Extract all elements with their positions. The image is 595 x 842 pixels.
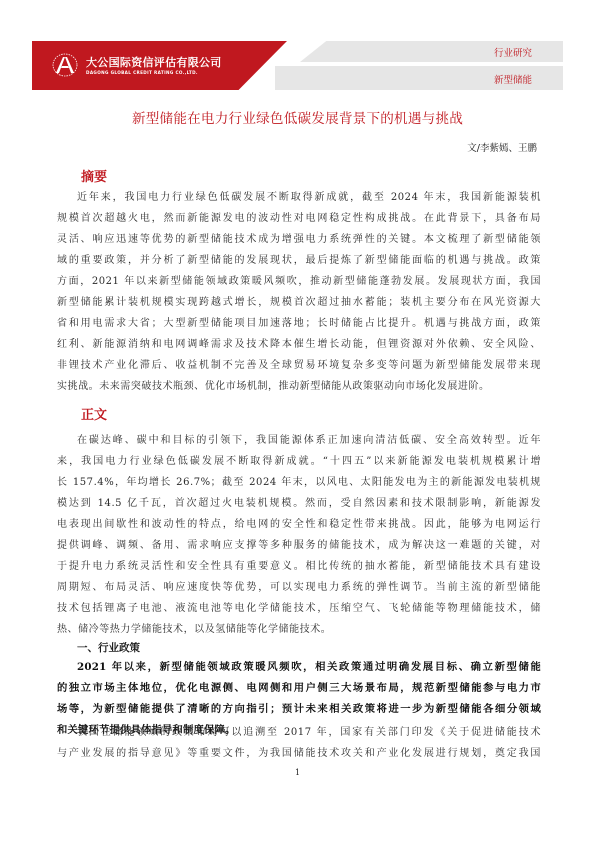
- text-line: 近年来，我国电力行业绿色低碳发展不断取得新成就，截至 2024 年末，我国新能源…: [57, 187, 541, 208]
- text-line: 热、储冷等热力学储能技术，以及氢储能等化学储能技术。: [57, 619, 541, 640]
- text-line: 灵活、响应迅速等优势的新型储能技术成为增强电力系统弹性的关键。本文梳理了新型储能…: [57, 229, 541, 250]
- text-line: 新型储能累计装机规模实现跨越式增长，规模首次超过抽水蓄能；装机主要分布在风光资源…: [57, 292, 541, 313]
- text-line: 的独立市场主体地位，优化电源侧、电网侧和用户侧三大场景布局，规范新型储能参与电力…: [57, 678, 541, 699]
- policy-paragraph: 我国在储能领域的政策布局可以追溯至 2017 年，国家有关部门印发《关于促进储能…: [57, 722, 541, 764]
- text-line: 与产业发展的指导意见》等重要文件，为我国储能技术攻关和产业化发展进行规划，奠定我…: [57, 743, 541, 764]
- text-line: 周期短、布局灵活、响应速度快等优势，可以实现电力系统的弹性调节。当前主流的新型储…: [57, 577, 541, 598]
- article-title: 新型储能在电力行业绿色低碳发展背景下的机遇与挑战: [0, 107, 595, 127]
- text-line: 2021 年以来，新型储能领域政策暖风频吹，相关政策通过明确发展目标、确立新型储…: [57, 657, 541, 678]
- text-line: 提供调峰、调频、备用、需求响应支撑等多种服务的储能技术，成为解决这一难题的关键，…: [57, 535, 541, 556]
- text-line: 我国在储能领域的政策布局可以追溯至 2017 年，国家有关部门印发《关于促进储能…: [57, 722, 541, 743]
- body-heading: 正文: [81, 404, 107, 423]
- body-intro-paragraph: 在碳达峰、碳中和目标的引领下，我国能源体系正加速向清洁低碳、安全高效转型。近年 …: [57, 430, 541, 640]
- company-name-cn: 大公国际资信评估有限公司: [86, 54, 222, 70]
- text-line: 红利、新能源消纳和电网调峰需求及技术降本催生增长动能，但锂资源对外依赖、安全风险…: [57, 334, 541, 355]
- text-line: 域的重要政策，并分析了新型储能的发展现状，最后提炼了新型储能面临的机遇与挑战。政…: [57, 250, 541, 271]
- text-line: 规模首次超越火电，然而新能源发电的波动性对电网稳定性构成挑战。在此背景下，具备布…: [57, 208, 541, 229]
- dagong-logo-icon: [52, 53, 78, 77]
- text-line: 长 157.4%，年均增长 26.7%；截至 2024 年末，以风电、太阳能发电…: [57, 472, 541, 493]
- text-line: 模达到 14.5 亿千瓦，首次超过火电装机规模。然而，受自然因素和技术限制影响，…: [57, 493, 541, 514]
- article-author: 文/李紫嫣、王鹏: [467, 140, 537, 154]
- text-line: 电表现出间歇性和波动性的特点，给电网的安全性和稳定性带来挑战。因此，能够为电网运…: [57, 514, 541, 535]
- section-heading-industry-policy: 一、行业政策: [77, 640, 140, 655]
- text-line: 技术包括锂离子电池、液流电池等电化学储能技术，压缩空气、飞轮储能等物理储能技术，…: [57, 598, 541, 619]
- text-line: 非锂技术产业化滞后、收益机制不完善及全球贸易环境复杂多变等问题为新型储能发展带来…: [57, 355, 541, 376]
- text-line: 省和用电需求大省；大型新型储能项目加速落地；长时储能占比提升。机遇与挑战方面，政…: [57, 313, 541, 334]
- text-line: 场等，为新型储能提供了清晰的方向指引；预计未来相关政策将进一步为新型储能各细分领…: [57, 699, 541, 720]
- page-number: 1: [0, 768, 595, 777]
- category-label: 行业研究: [494, 45, 532, 59]
- subcategory-label: 新型储能: [494, 72, 532, 86]
- text-line: 实挑战。未来需突破技术瓶颈、优化市场机制，推动新型储能从政策驱动向市场化发展进阶…: [57, 376, 541, 397]
- text-line: 方面，2021 年以来新型储能领域政策暖风频吹，推动新型储能蓬勃发展。发展现状方…: [57, 271, 541, 292]
- text-line: 在碳达峰、碳中和目标的引领下，我国能源体系正加速向清洁低碳、安全高效转型。近年: [57, 430, 541, 451]
- abstract-heading: 摘要: [81, 166, 107, 185]
- text-line: 来，我国电力行业绿色低碳发展不断取得新成就。“十四五”以来新能源发电装机规模累计…: [57, 451, 541, 472]
- company-name-en: DAGONG GLOBAL CREDIT RATING CO.,LTD.: [86, 70, 198, 75]
- text-line: 于提升电力系统灵活性和安全性具有重要意义。相比传统的抽水蓄能，新型储能技术具有建…: [57, 556, 541, 577]
- document-page: 大公国际资信评估有限公司 DAGONG GLOBAL CREDIT RATING…: [0, 0, 595, 842]
- abstract-paragraph: 近年来，我国电力行业绿色低碳发展不断取得新成就，截至 2024 年末，我国新能源…: [57, 187, 541, 397]
